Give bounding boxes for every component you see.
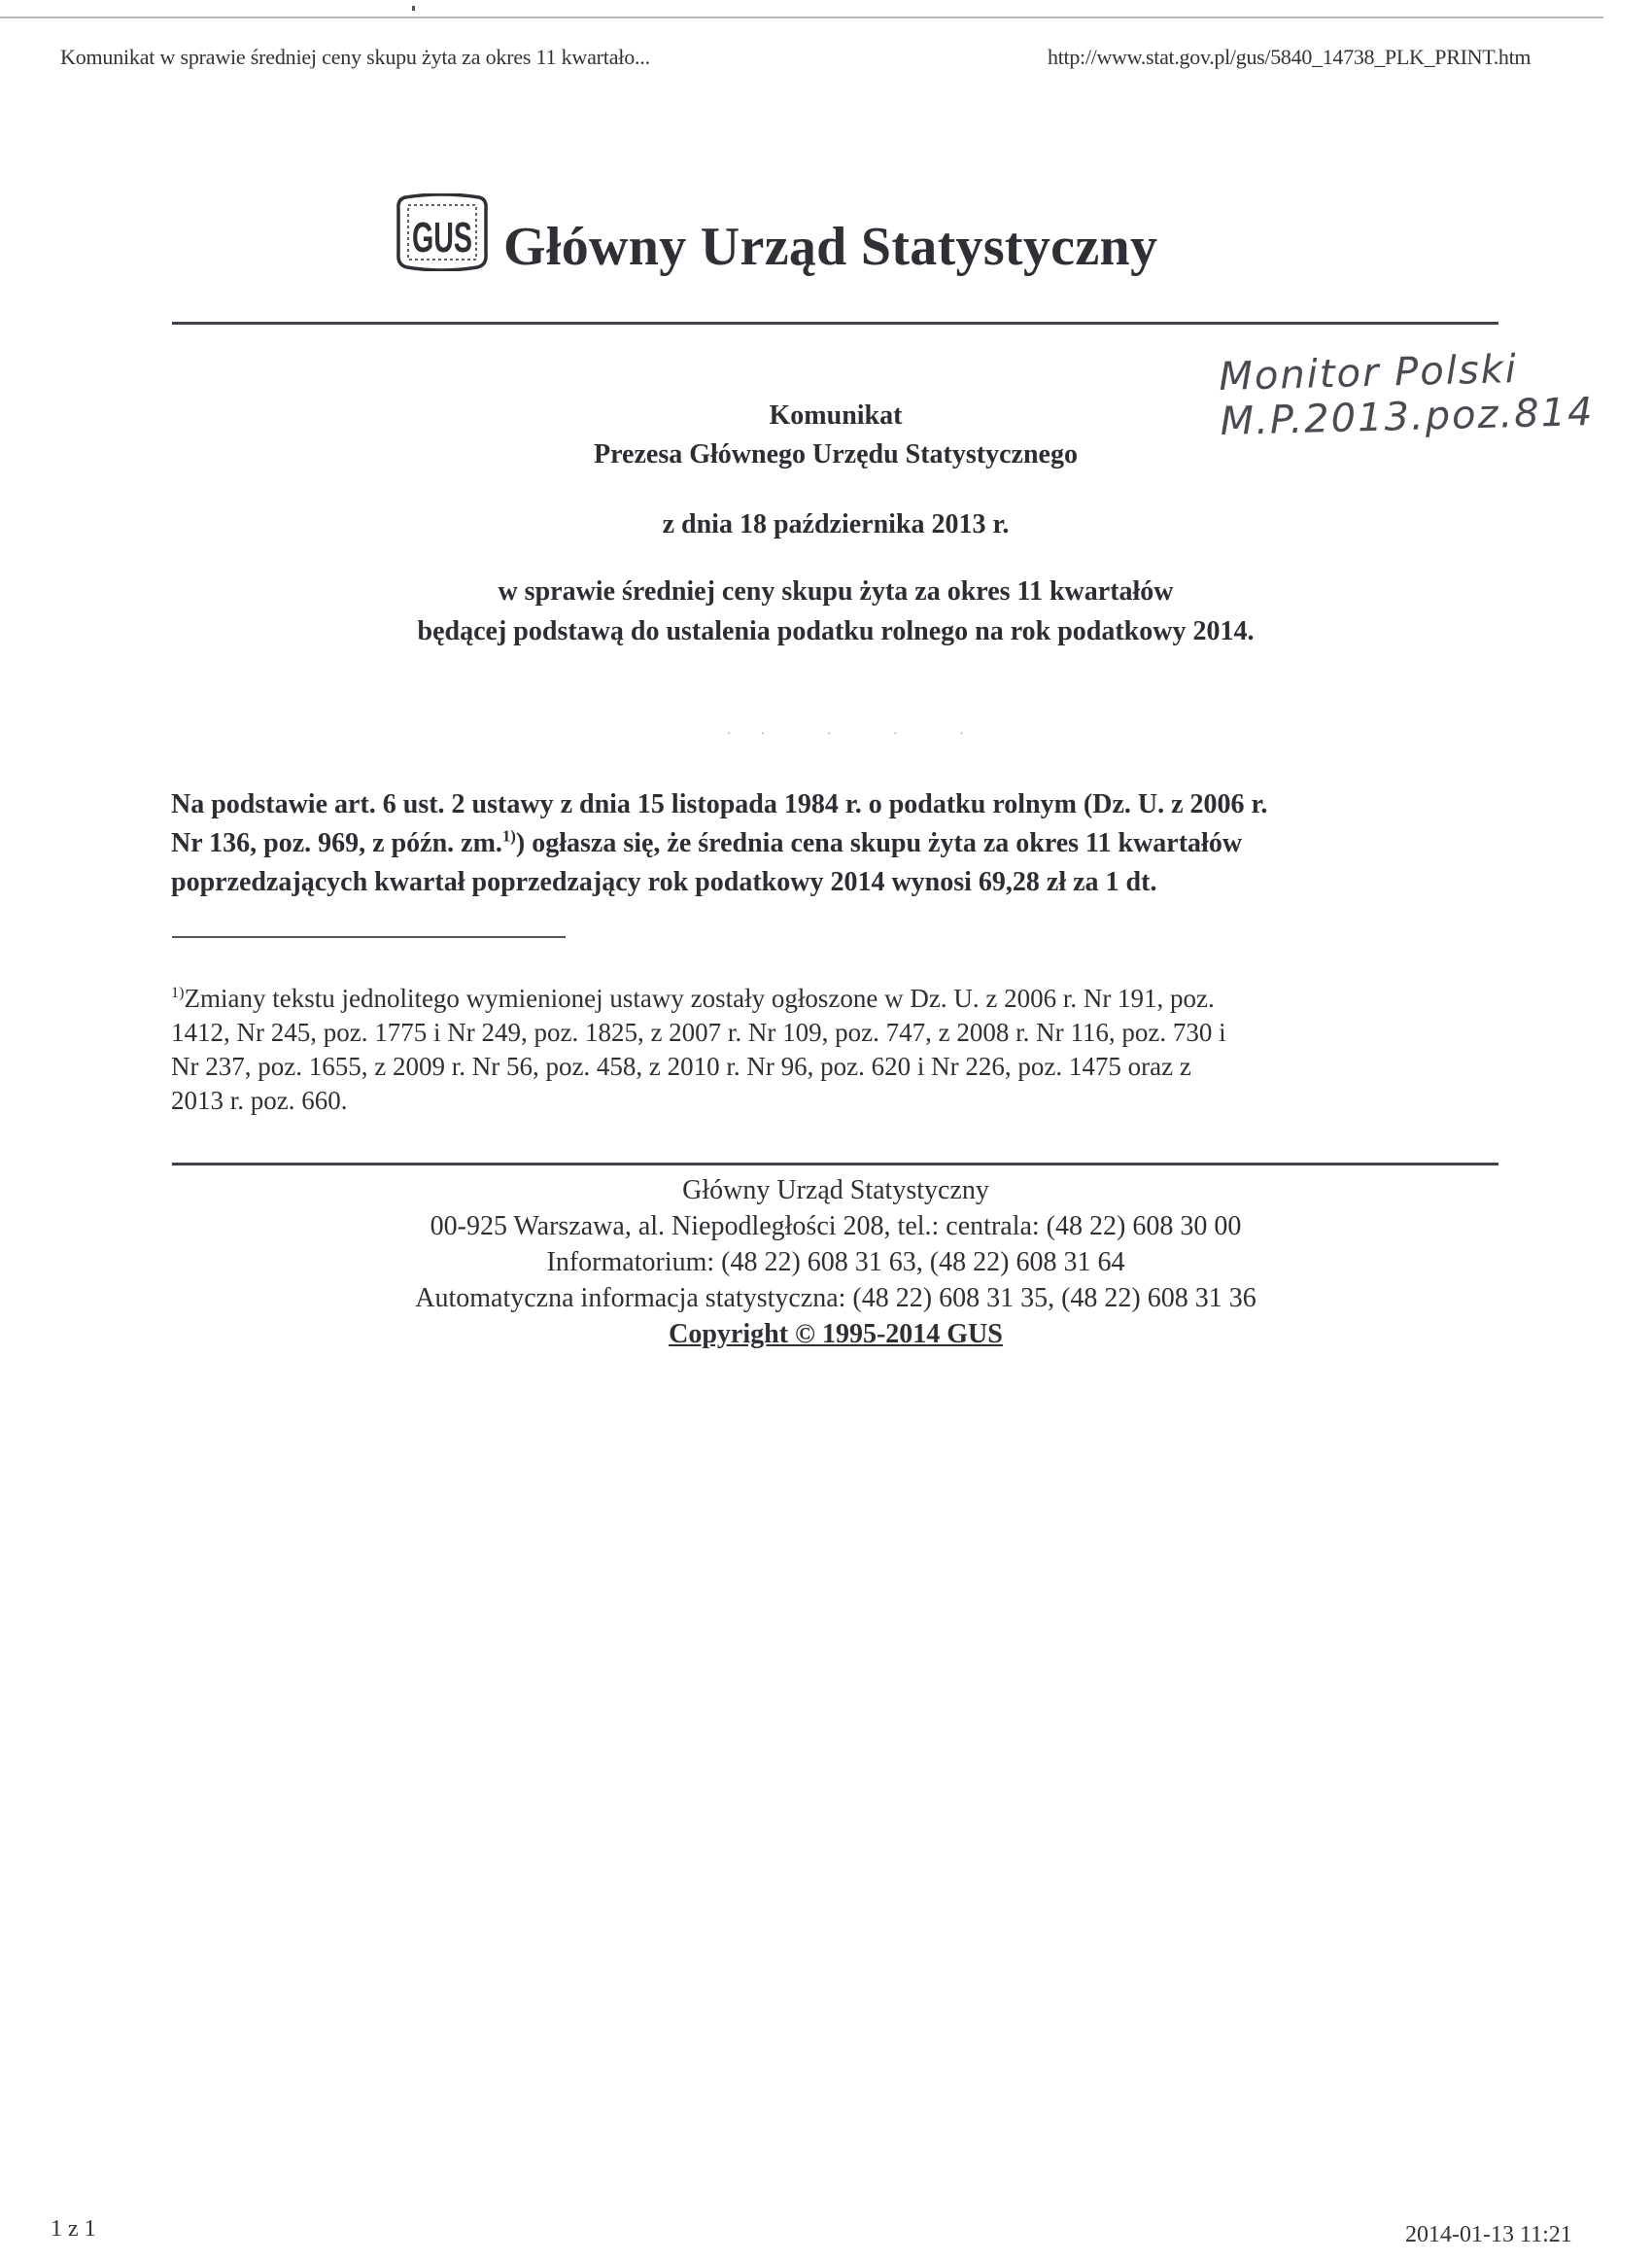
footnote-marker: 1) <box>171 984 184 1001</box>
print-page-title: Komunikat w sprawie średniej ceny skupu … <box>60 45 650 70</box>
document-date: z dnia 18 października 2013 r. <box>292 509 1380 540</box>
document-subject-line-2: będącej podstawą do ustalenia podatku ro… <box>233 616 1438 647</box>
print-page-number: 1 z 1 <box>51 2216 96 2243</box>
footer-address: 00-925 Warszawa, al. Niepodległości 208,… <box>292 1208 1380 1244</box>
header-divider <box>172 322 1498 325</box>
scan-edge-line <box>0 17 1603 18</box>
document-issuer: Prezesa Głównego Urzędu Statystycznego <box>292 439 1380 470</box>
footnote: 1)Zmiany tekstu jednolitego wymienionej … <box>171 982 1512 1118</box>
footer-divider <box>172 1163 1498 1165</box>
gus-logo-icon: GUS <box>396 193 489 271</box>
footnote-line-1-text: Zmiany tekstu jednolitego wymienionej us… <box>184 984 1214 1013</box>
announcement-body: Na podstawie art. 6 ust. 2 ustawy z dnia… <box>171 785 1493 902</box>
footnote-line-3: Nr 237, poz. 1655, z 2009 r. Nr 56, poz.… <box>171 1050 1512 1084</box>
org-title: Główny Urząd Statystyczny <box>503 216 1157 278</box>
body-line-2-text-cont: ) ogłasza się, że średnia cena skupu żyt… <box>516 828 1242 858</box>
footer-informatorium: Informatorium: (48 22) 608 31 63, (48 22… <box>292 1244 1380 1280</box>
footer-org-name: Główny Urząd Statystyczny <box>292 1172 1380 1208</box>
print-header: Komunikat w sprawie średniej ceny skupu … <box>60 45 1607 74</box>
footnote-line-4: 2013 r. poz. 660. <box>171 1084 1512 1118</box>
print-timestamp: 2014-01-13 11:21 <box>1405 2222 1572 2248</box>
body-line-1: Na podstawie art. 6 ust. 2 ustawy z dnia… <box>171 785 1493 824</box>
footnote-line-2: 1412, Nr 245, poz. 1775 i Nr 249, poz. 1… <box>171 1016 1512 1050</box>
copyright-link[interactable]: Copyright © 1995-2014 GUS <box>292 1316 1380 1352</box>
scan-artifacts: ·· · · · <box>727 727 993 743</box>
page-footer: Główny Urząd Statystyczny 00-925 Warszaw… <box>292 1172 1380 1352</box>
footer-auto-info: Automatyczna informacja statystyczna: (4… <box>292 1280 1380 1316</box>
footnote-line-1: 1)Zmiany tekstu jednolitego wymienionej … <box>171 982 1512 1016</box>
footnote-divider <box>172 936 566 938</box>
body-line-3: poprzedzających kwartał poprzedzający ro… <box>171 863 1493 902</box>
scan-mark <box>412 6 415 11</box>
footnote-reference: 1) <box>502 827 516 846</box>
body-line-2: Nr 136, poz. 969, z późn. zm.1)) ogłasza… <box>171 824 1493 863</box>
svg-text:GUS: GUS <box>412 214 472 261</box>
document-type: Komunikat <box>292 400 1380 432</box>
print-page-url[interactable]: http://www.stat.gov.pl/gus/5840_14738_PL… <box>1048 45 1531 70</box>
document-subject-line-1: w sprawie średniej ceny skupu żyta za ok… <box>292 576 1380 608</box>
body-line-2-text: Nr 136, poz. 969, z późn. zm. <box>171 828 502 858</box>
